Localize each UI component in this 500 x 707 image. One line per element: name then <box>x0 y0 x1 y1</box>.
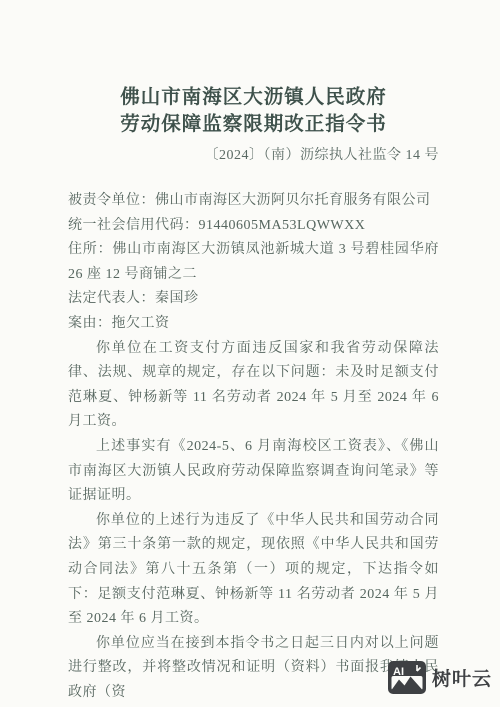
paragraph-violation: 你单位在工资支付方面违反国家和我省劳动保障法律、法规、规章的规定，存在以下问题：… <box>68 337 439 435</box>
field-label: 住所： <box>68 242 112 257</box>
document-number: 〔2024〕（南）沥综执人社监令 14 号 <box>68 145 439 167</box>
svg-text:AI: AI <box>393 666 404 678</box>
field-credit-code: 统一社会信用代码：91440605MA53LQWWXX <box>68 214 439 239</box>
field-case-reason: 案由：拖欠工资 <box>68 312 439 337</box>
document-page: 佛山市南海区大沥镇人民政府 劳动保障监察限期改正指令书 〔2024〕（南）沥综执… <box>0 0 500 707</box>
field-responsible-unit: 被责令单位：佛山市南海区大沥阿贝尔托育服务有限公司 <box>68 189 439 214</box>
field-label: 被责令单位： <box>68 193 155 208</box>
field-value: 佛山市南海区大沥镇凤池新城大道 3 号碧桂园华府 26 座 12 号商铺之二 <box>68 242 439 282</box>
field-value: 拖欠工资 <box>112 316 170 331</box>
document-title-line1: 佛山市南海区大沥镇人民政府 <box>68 84 439 111</box>
document-body: 被责令单位：佛山市南海区大沥阿贝尔托育服务有限公司 统一社会信用代码：91440… <box>68 189 439 705</box>
paragraph-order: 你单位的上述行为违反了《中华人民共和国劳动合同法》第三十条第一款的规定，现依照《… <box>68 509 439 632</box>
leaf-cloud-logo-icon: AI <box>388 661 426 694</box>
field-label: 法定代表人： <box>68 291 155 306</box>
field-legal-representative: 法定代表人：秦国珍 <box>68 287 439 312</box>
document-title-line2: 劳动保障监察限期改正指令书 <box>68 111 439 138</box>
document-title: 佛山市南海区大沥镇人民政府 劳动保障监察限期改正指令书 <box>68 84 439 138</box>
field-address: 住所：佛山市南海区大沥镇凤池新城大道 3 号碧桂园华府 26 座 12 号商铺之… <box>68 238 439 287</box>
watermark-brand-text: 树叶云 <box>432 664 492 691</box>
field-value: 佛山市南海区大沥阿贝尔托育服务有限公司 <box>155 193 431 208</box>
watermark: AI 树叶云 <box>388 661 492 694</box>
field-label: 案由： <box>68 316 112 331</box>
paragraph-evidence: 上述事实有《2024-5、6 月南海校区工资表》、《佛山市南海区大沥镇人民政府劳… <box>68 435 439 509</box>
paragraph-deadline: 你单位应当在接到本指令书之日起三日内对以上问题进行整改，并将整改情况和证明（资料… <box>68 632 439 706</box>
field-value: 秦国珍 <box>155 291 199 306</box>
field-value: 91440605MA53LQWWXX <box>199 218 366 233</box>
field-label: 统一社会信用代码： <box>68 218 199 233</box>
document-content: 佛山市南海区大沥镇人民政府 劳动保障监察限期改正指令书 〔2024〕（南）沥综执… <box>0 0 500 705</box>
